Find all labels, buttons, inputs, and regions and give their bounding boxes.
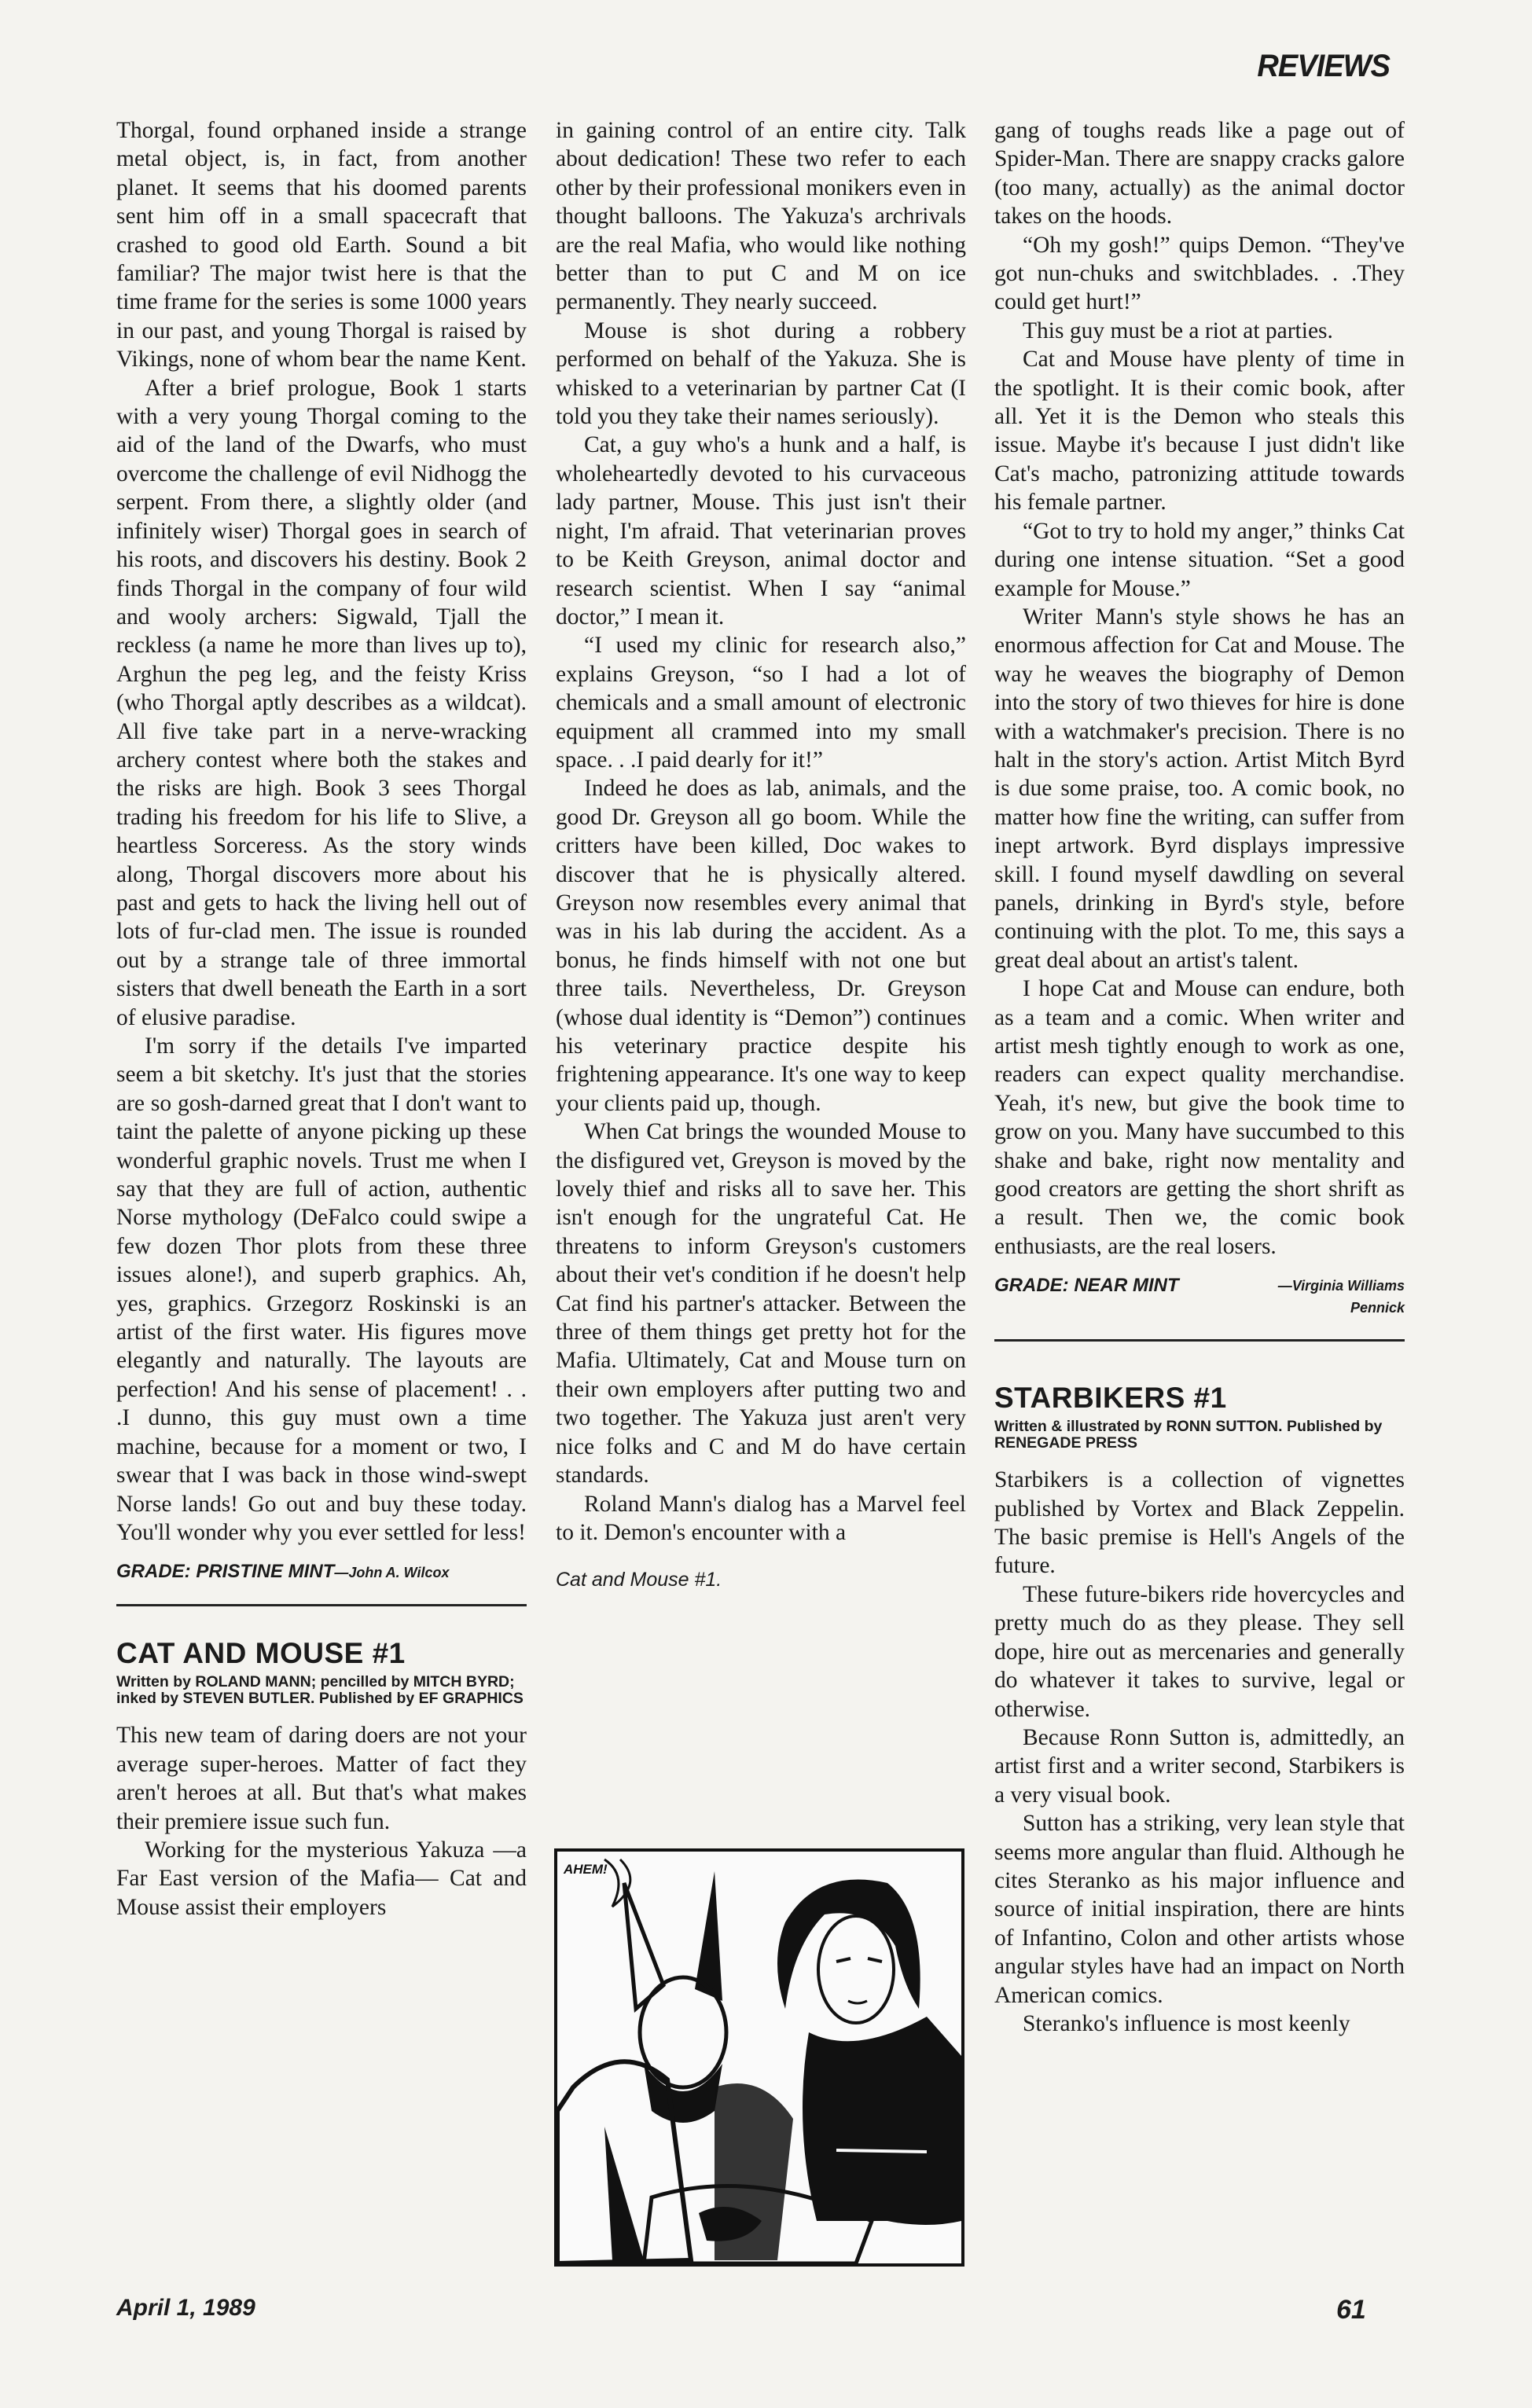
review-paragraph: Sutton has a striking, very lean style t… xyxy=(994,1809,1405,2010)
review-paragraph: Indeed he does as lab, animals, and the … xyxy=(556,774,966,1118)
review-paragraph: I hope Cat and Mouse can endure, both as… xyxy=(994,975,1405,1261)
review-paragraph: “I used my clinic for research also,” ex… xyxy=(556,631,966,774)
reviewer-name: —John A. Wilcox xyxy=(334,1565,449,1580)
review-paragraph: This new team of daring doers are not yo… xyxy=(116,1721,527,1836)
column-2: in gaining control of an entire city. Ta… xyxy=(556,116,966,1595)
issue-date: April 1, 1989 xyxy=(116,2295,255,2322)
image-caption: Cat and Mouse #1. xyxy=(556,1566,966,1594)
column-3: gang of toughs reads like a page out of … xyxy=(994,116,1405,2038)
column-1: Thorgal, found orphaned inside a strange… xyxy=(116,116,527,1922)
cat-mouse-grade-line: GRADE: NEAR MINT —Virginia Williams Penn… xyxy=(994,1275,1405,1319)
review-title: STARBIKERS #1 xyxy=(994,1382,1405,1414)
review-paragraph: Cat, a guy who's a hunk and a half, is w… xyxy=(556,431,966,631)
review-paragraph: Mouse is shot during a robbery performed… xyxy=(556,317,966,431)
review-paragraph: Because Ronn Sutton is, admittedly, an a… xyxy=(994,1723,1405,1809)
review-paragraph: Starbikers is a collection of vignettes … xyxy=(994,1466,1405,1580)
grade-label: GRADE: NEAR MINT xyxy=(994,1275,1179,1297)
review-paragraph: This guy must be a riot at parties. xyxy=(994,317,1405,345)
review-paragraph: Cat and Mouse have plenty of time in the… xyxy=(994,345,1405,516)
review-paragraph: Steranko's influence is most keenly xyxy=(994,2010,1405,2038)
review-paragraph: These future-bikers ride hovercycles and… xyxy=(994,1580,1405,1723)
reviewer-name-cont: Pennick xyxy=(994,1297,1405,1319)
thorgal-paragraph: Thorgal, found orphaned inside a strange… xyxy=(116,116,527,374)
review-paragraph: Roland Mann's dialog has a Marvel feel t… xyxy=(556,1490,966,1547)
comic-illustration: AHEM! xyxy=(557,1852,961,2263)
comic-panel-image: AHEM! xyxy=(554,1848,964,2267)
thorgal-paragraph: After a brief prologue, Book 1 starts wi… xyxy=(116,374,527,1032)
review-title: CAT AND MOUSE #1 xyxy=(116,1638,527,1669)
grade-label: GRADE: PRISTINE MINT xyxy=(116,1561,334,1582)
section-header: REVIEWS xyxy=(1257,49,1390,84)
review-paragraph: “Oh my gosh!” quips Demon. “They've got … xyxy=(994,231,1405,317)
review-paragraph: in gaining control of an entire city. Ta… xyxy=(556,116,966,317)
page-number: 61 xyxy=(1336,2295,1366,2325)
thorgal-grade-line: GRADE: PRISTINE MINT—John A. Wilcox xyxy=(116,1561,527,1584)
reviewer-name: —Virginia Williams xyxy=(1278,1275,1405,1297)
review-credits: Written by ROLAND MANN; pencilled by MIT… xyxy=(116,1674,527,1707)
section-divider xyxy=(116,1604,527,1606)
review-paragraph: “Got to try to hold my anger,” thinks Ca… xyxy=(994,517,1405,603)
thorgal-paragraph: I'm sorry if the details I've imparted s… xyxy=(116,1032,527,1547)
section-divider xyxy=(994,1339,1405,1342)
review-paragraph: Working for the mysterious Yakuza —a Far… xyxy=(116,1836,527,1922)
review-paragraph: gang of toughs reads like a page out of … xyxy=(994,116,1405,231)
speech-text: AHEM! xyxy=(563,1862,608,1877)
review-paragraph: Writer Mann's style shows he has an enor… xyxy=(994,603,1405,975)
review-paragraph: When Cat brings the wounded Mouse to the… xyxy=(556,1118,966,1489)
review-credits: Written & illustrated by RONN SUTTON. Pu… xyxy=(994,1419,1405,1452)
